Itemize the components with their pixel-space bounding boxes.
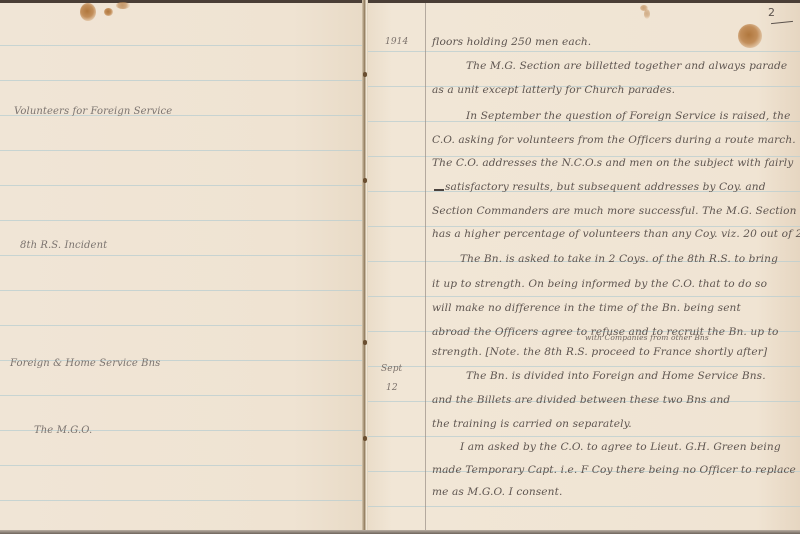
text-line: The C.O. addresses the N.C.O.s and men o… <box>432 157 793 169</box>
text-line: The M.G. Section are billetted together … <box>466 60 787 72</box>
text-line: the training is carried on separately. <box>432 418 632 430</box>
rule-line <box>366 226 800 227</box>
rule-line <box>0 80 366 81</box>
rule-line <box>0 290 366 291</box>
notebook-spine <box>362 0 368 534</box>
text-line: Section Commanders are much more success… <box>432 205 797 217</box>
text-line: In September the question of Foreign Ser… <box>466 110 790 122</box>
rule-line <box>0 325 366 326</box>
text-line: C.O. asking for volunteers from the Offi… <box>432 134 796 146</box>
stain-mark <box>644 9 650 19</box>
text-line: and the Billets are divided between thes… <box>432 394 730 406</box>
rule-line <box>0 220 366 221</box>
margin-note-foreign-home-bns: Foreign & Home Service Bns <box>10 358 160 369</box>
margin-note-volunteers: Volunteers for Foreign Service <box>14 106 172 117</box>
stain-mark <box>116 2 130 9</box>
page-number: 2 <box>768 6 775 19</box>
rule-line <box>366 51 800 52</box>
rule-line <box>366 436 800 437</box>
margin-note-mgo: The M.G.O. <box>34 425 92 436</box>
text-line: it up to strength. On being informed by … <box>432 278 767 290</box>
text-line: floors holding 250 men each. <box>432 36 591 48</box>
binding-stitch <box>363 178 367 183</box>
insertion-note: with Companies from other Bns <box>585 333 709 342</box>
text-line: strength. [Note. the 8th R.S. proceed to… <box>432 346 767 358</box>
margin-line <box>425 3 426 530</box>
date-note-day: 12 <box>386 383 398 393</box>
notebook-bottom-edge <box>0 530 800 534</box>
text-line: made Temporary Capt. i.e. F Coy there be… <box>432 464 796 476</box>
margin-note-8th-rs-incident: 8th R.S. Incident <box>20 240 107 251</box>
text-line: me as M.G.O. I consent. <box>432 486 562 498</box>
text-line: has a higher percentage of volunteers th… <box>432 228 800 240</box>
rule-line <box>0 150 366 151</box>
rule-line <box>366 296 800 297</box>
rule-line <box>0 255 366 256</box>
rule-line <box>0 395 366 396</box>
stain-mark <box>738 24 762 48</box>
notebook-spread: Volunteers for Foreign Service 8th R.S. … <box>0 0 800 534</box>
binding-stitch <box>363 340 367 345</box>
text-line: The Bn. is asked to take in 2 Coys. of t… <box>460 253 778 265</box>
date-note-year: 1914 <box>385 37 408 47</box>
stain-mark <box>104 8 113 16</box>
rule-line <box>366 506 800 507</box>
binding-stitch <box>363 436 367 441</box>
rule-line <box>0 465 366 466</box>
rule-line <box>0 45 366 46</box>
text-line: The Bn. is divided into Foreign and Home… <box>466 370 766 382</box>
text-line: will make no difference in the time of t… <box>432 302 741 314</box>
rule-line <box>366 366 800 367</box>
date-note-month: Sept <box>381 364 402 374</box>
left-page <box>0 3 366 530</box>
strike-mark <box>434 189 444 191</box>
rule-line <box>0 500 366 501</box>
rule-line <box>0 185 366 186</box>
text-line: I am asked by the C.O. to agree to Lieut… <box>460 441 781 453</box>
binding-stitch <box>363 72 367 77</box>
text-line: satisfactory results, but subsequent add… <box>445 181 766 193</box>
stain-mark <box>80 3 96 21</box>
text-line: as a unit except latterly for Church par… <box>432 84 675 96</box>
